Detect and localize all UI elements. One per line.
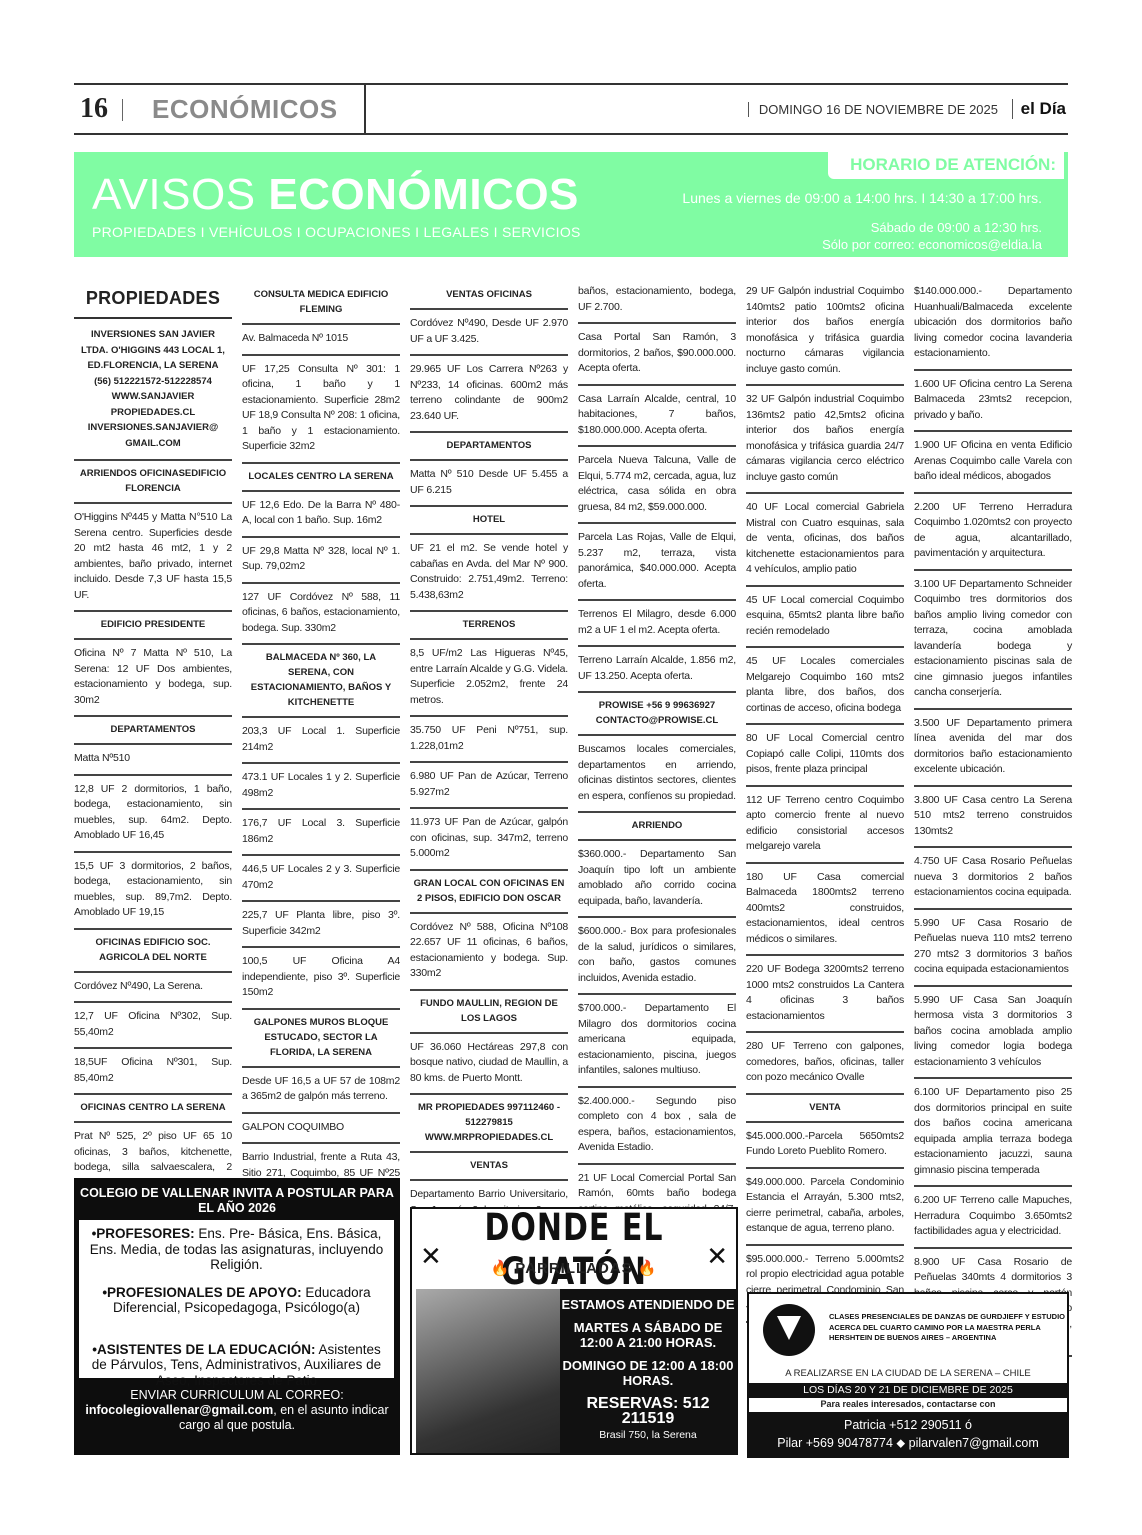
listing-item: UF 12,6 Edo. De la Barra Nº 480-A, local… (242, 492, 400, 538)
listing-item: $49.000.000. Parcela Condominio Estancia… (746, 1169, 904, 1246)
banner-categories: PROPIEDADES I VEHÍCULOS I OCUPACIONES I … (92, 224, 581, 240)
listing-item: 32 UF Galpón industrial Coquimbo 136mts2… (746, 386, 904, 494)
ad-heading: ARRIENDOS OFICINASEDIFICIO FLORENCIA (74, 461, 232, 504)
ad-cta: Para reales interesados, contactarse con (749, 1399, 1067, 1409)
contact-pilar: Pilar +569 90478774 ⬥ pilarvalen7@gmail.… (749, 1434, 1067, 1452)
column-5: 29 UF Galpón industrial Coquimbo 140mts2… (746, 282, 904, 1323)
listing-item: UF 29,8 Matta Nº 328, local Nº 1. Sup. 7… (242, 538, 400, 584)
column-6: $140.000.000.- Departamento Huanhuali/Ba… (914, 282, 1072, 1357)
position-label: •ASISTENTES DE LA EDUCACIÓN: (92, 1342, 315, 1357)
listing-item: 203,3 UF Local 1. Superficie 214m2 (242, 718, 400, 764)
ad-heading: TERRENOS (410, 612, 568, 640)
ad-heading: HOTEL (410, 507, 568, 535)
listing-item: Matta Nº510 (74, 745, 232, 776)
hours-panel: ESTAMOS ATENDIENDO DE MARTES A SÁBADO DE… (560, 1289, 736, 1455)
ad-heading: MR PROPIEDADES 997112460 - 512279815 WWW… (410, 1095, 568, 1153)
hours-weekday: MARTES A SÁBADO DE 12:00 A 21:00 HORAS. (560, 1320, 736, 1350)
listing-item: baños, estacionamiento, bodega, UF 2.700… (578, 282, 736, 324)
restaurant-name: DONDE EL GUATÓN (412, 1207, 736, 1294)
ad-dates: LOS DÍAS 20 Y 21 DE DICIEMBRE DE 2025 (749, 1383, 1067, 1398)
listing-item: 40 UF Local comercial Gabriela Mistral c… (746, 494, 904, 587)
listing-item: 18,5UF Oficina Nº301, Sup. 85,40m2 (74, 1049, 232, 1095)
restaurant-address: Brasil 750, la Serena (560, 1428, 736, 1443)
ad-heading: INVERSIONES SAN JAVIER LTDA. O'HIGGINS 4… (74, 319, 232, 461)
page-header: 16 ECONÓMICOS DOMINGO 16 DE NOVIEMBRE DE… (74, 83, 1068, 135)
email-contact: Sólo por correo: economicos@eldia.la (822, 237, 1042, 252)
listing-item: 112 UF Terreno centro Coquimbo apto come… (746, 787, 904, 864)
listing-item: 3.800 UF Casa centro La Serena 510 mts2 … (914, 787, 1072, 849)
hours-tab: HORARIO DE ATENCIÓN: (828, 152, 1064, 179)
listing-item: O'Higgins Nº445 y Matta N°510 La Serena … (74, 504, 232, 612)
ad-danzas-gurdjieff: CLASES PRESENCIALES DE DANZAS DE GURDJIE… (747, 1292, 1069, 1458)
section-title: ECONÓMICOS (152, 94, 338, 125)
listing-item: Matta Nº 510 Desde UF 5.455 a UF 6.215 (410, 461, 568, 507)
ad-heading: VENTA (746, 1095, 904, 1123)
listing-item: $600.000.- Box para profesionales de la … (578, 918, 736, 995)
listing-item: 6.100 UF Departamento piso 25 dos dormit… (914, 1079, 1072, 1187)
listing-item: 446,5 UF Locales 2 y 3. Superficie 470m2 (242, 856, 400, 902)
grilled-meat-photo (416, 1289, 560, 1455)
school-logo-icon (763, 1304, 815, 1356)
column-2: CONSULTA MEDICA EDIFICIO FLEMING Av. Bal… (242, 282, 400, 1295)
subtitle-text: PARRILLADAS (515, 1260, 632, 1277)
listing-item: 6.980 UF Pan de Azúcar, Terreno 5.927m2 (410, 763, 568, 809)
restaurant-subtitle: 🔥 PARRILLADAS 🔥 (412, 1259, 736, 1277)
listing-item: 1.900 UF Oficina en venta Edificio Arena… (914, 432, 1072, 494)
listing-item: Oficina Nº 7 Matta Nº 510, La Serena: 12… (74, 640, 232, 717)
ad-donde-el-guaton: ✕ DONDE EL GUATÓN ✕ 🔥 PARRILLADAS 🔥 ESTA… (410, 1207, 738, 1455)
listing-item: 5.990 UF Casa San Joaquín hermosa vista … (914, 987, 1072, 1080)
divider (364, 83, 366, 135)
position-label: •PROFESIONALES DE APOYO: (102, 1285, 301, 1300)
ad-heading: VENTAS OFICINAS (410, 282, 568, 310)
column-title: PROPIEDADES (74, 282, 232, 319)
listing-item: 29 UF Galpón industrial Coquimbo 140mts2… (746, 282, 904, 386)
position-profesores: •PROFESORES: Ens. Pre- Básica, Ens. Bási… (87, 1226, 386, 1273)
listing-item: Parcela Nueva Talcuna, Valle de Elqui, 5… (578, 447, 736, 524)
banner-title-bold: ECONÓMICOS (268, 170, 579, 219)
listing-item: Cordóvez Nº490, Desde UF 2.970 UF a UF 3… (410, 310, 568, 356)
listing-item: Cordóvez Nº490, La Serena. (74, 973, 232, 1004)
listing-item: 3.500 UF Departamento primera línea aven… (914, 710, 1072, 787)
ad-location: A REALIZARSE EN LA CIUDAD DE LA SERENA –… (749, 1368, 1067, 1379)
ad-heading: ARRIENDO (578, 813, 736, 841)
listing-item: 12,7 UF Oficina Nº302, Sup. 55,40m2 (74, 1003, 232, 1049)
ad-title: COLEGIO DE VALLENAR INVITA A POSTULAR PA… (74, 1178, 400, 1216)
listing-item: 280 UF Terreno con galpones, comedores, … (746, 1033, 904, 1095)
listing-item: Parcela Las Rojas, Valle de Elqui, 5.237… (578, 524, 736, 601)
listing-item: 100,5 UF Oficina A4 independiente, piso … (242, 948, 400, 1010)
ad-heading: OFICINAS EDIFICIO SOC. AGRICOLA DEL NORT… (74, 930, 232, 973)
position-asistentes: •ASISTENTES DE LA EDUCACIÓN: Asistentes … (87, 1342, 386, 1389)
listing-item: UF 36.060 Hectáreas 297,8 con bosque nat… (410, 1034, 568, 1096)
listing-item: Terrenos El Milagro, desde 6.000 m2 a UF… (578, 601, 736, 647)
listing-item: 12,8 UF 2 dormitorios, 1 baño, bodega, e… (74, 776, 232, 853)
ad-heading: DEPARTAMENTOS (74, 717, 232, 745)
listing-item: 4.750 UF Casa Rosario Peñuelas nueva 3 d… (914, 848, 1072, 910)
ad-heading: GRAN LOCAL CON OFICINAS EN 2 PISOS, EDIF… (410, 871, 568, 914)
ad-instruction: ENVIAR CURRICULUM AL CORREO: (74, 1388, 400, 1403)
listing-item: 15,5 UF 3 dormitorios, 2 baños, bodega, … (74, 853, 232, 930)
hours-saturday: Sábado de 09:00 a 12:30 hrs. (871, 220, 1042, 235)
ad-heading: PROWISE +56 9 99636927 CONTACTO@PROWISE.… (578, 693, 736, 736)
position-label: •PROFESORES: (92, 1226, 195, 1241)
listing-item: 45 UF Local comercial Coquimbo esquina, … (746, 587, 904, 649)
divider (122, 99, 123, 121)
ad-heading: EDIFICIO PRESIDENTE (74, 612, 232, 640)
hours-intro: ESTAMOS ATENDIENDO DE (560, 1297, 736, 1312)
listing-item: Av. Balmaceda Nº 1015 (242, 325, 400, 356)
column-3: VENTAS OFICINAS Cordóvez Nº490, Desde UF… (410, 282, 568, 1225)
ad-description: CLASES PRESENCIALES DE DANZAS DE GURDJIE… (829, 1312, 1067, 1344)
ad-heading: BALMACEDA Nº 360, LA SERENA, CON ESTACIO… (242, 645, 400, 718)
ad-email: infocolegiovallenar@gmail.com (85, 1403, 273, 1417)
hours-weekday: Lunes a viernes de 09:00 a 14:00 hrs. I … (682, 190, 1042, 206)
ad-heading: FUNDO MAULLIN, REGION DE LOS LAGOS (410, 991, 568, 1034)
ad-footer: ENVIAR CURRICULUM AL CORREO: infocolegio… (74, 1388, 400, 1433)
hours-sunday: DOMINGO DE 12:00 A 18:00 HORAS. (560, 1358, 736, 1388)
listing-item: UF 17,25 Consulta Nº 301: 1 oficina, 1 b… (242, 356, 400, 464)
listing-item: 220 UF Bodega 3200mts2 terreno 1000 mts2… (746, 956, 904, 1033)
listing-item: 3.100 UF Departamento Schneider Coquimbo… (914, 571, 1072, 710)
listing-item: 1.600 UF Oficina centro La Serena Balmac… (914, 371, 1072, 433)
listing-item: 6.200 UF Terreno calle Mapuches, Herradu… (914, 1187, 1072, 1249)
listing-item: $140.000.000.- Departamento Huanhuali/Ba… (914, 282, 1072, 371)
ad-colegio-vallenar: COLEGIO DE VALLENAR INVITA A POSTULAR PA… (74, 1178, 400, 1455)
listing-item: Casa Portal San Ramón, 3 dormitorios, 2 … (578, 324, 736, 386)
banner-title-light: AVISOS (92, 170, 268, 219)
listing-item: 2.200 UF Terreno Herradura Coquimbo 1.02… (914, 494, 1072, 571)
ad-contacts: Patricia +512 290511 ó Pilar +569 904787… (749, 1412, 1067, 1458)
listing-item: 180 UF Casa comercial Balmaceda 1800mts2… (746, 864, 904, 957)
column-4: baños, estacionamiento, bodega, UF 2.700… (578, 282, 736, 1242)
ad-positions-box: •PROFESORES: Ens. Pre- Básica, Ens. Bási… (79, 1220, 394, 1378)
publication-date: DOMINGO 16 DE NOVIEMBRE DE 2025 (748, 102, 998, 117)
listing-item: Casa Larraín Alcalde, central, 10 habita… (578, 386, 736, 448)
listing-item: $700.000.- Departamento El Milagro dos d… (578, 995, 736, 1088)
listing-item: Cordóvez Nº 588, Oficina Nº108 22.657 UF… (410, 914, 568, 991)
listing-item: Buscamos locales comerciales, departamen… (578, 736, 736, 813)
ad-heading: VENTAS (410, 1153, 568, 1181)
listing-item: GALPON COQUIMBO (242, 1114, 400, 1145)
listing-item: Desde UF 16,5 a UF 57 de 108m2 a 365m2 d… (242, 1068, 400, 1114)
listing-item: 176,7 UF Local 3. Superficie 186m2 (242, 810, 400, 856)
flame-icon: 🔥 (638, 1260, 658, 1277)
ad-heading: GALPONES MUROS BLOQUE ESTUCADO, SECTOR L… (242, 1010, 400, 1068)
reservations-phone: RESERVAS: 512 211519 (560, 1396, 736, 1426)
brand-logo: el Día (1012, 99, 1066, 119)
ad-heading: DEPARTAMENTOS (410, 433, 568, 461)
banner-title: AVISOS ECONÓMICOS (92, 170, 579, 220)
listing-item: 29.965 UF Los Carrera Nº263 y Nº233, 14 … (410, 356, 568, 433)
ad-heading: OFICINAS CENTRO LA SERENA (74, 1095, 232, 1123)
listing-item: $2.400.000.- Segundo piso completo con 4… (578, 1088, 736, 1165)
contact-patricia: Patricia +512 290511 ó (749, 1416, 1067, 1434)
listing-item: 225,7 UF Planta libre, piso 3º. Superfic… (242, 902, 400, 948)
flame-icon: 🔥 (490, 1260, 510, 1277)
listing-item: UF 21 el m2. Se vende hotel y cabañas en… (410, 535, 568, 612)
hours-title: HORARIO DE ATENCIÓN: (850, 155, 1056, 175)
listing-item: 11.973 UF Pan de Azúcar, galpón con ofic… (410, 809, 568, 871)
listing-item: 35.750 UF Peni Nº751, sup. 1.228,01m2 (410, 717, 568, 763)
page-number: 16 (80, 93, 108, 125)
ad-heading: LOCALES CENTRO LA SERENA (242, 464, 400, 492)
classifieds-banner: AVISOS ECONÓMICOS PROPIEDADES I VEHÍCULO… (74, 152, 1068, 257)
listing-item: $45.000.000.-Parcela 5650mts2 Fundo Lore… (746, 1123, 904, 1169)
listing-item: $360.000.- Departamento San Joaquín tipo… (578, 841, 736, 918)
listing-item: 8,5 UF/m2 Las Higueras Nº45, entre Larra… (410, 640, 568, 717)
listing-item: 45 UF Locales comerciales Melgarejo Coqu… (746, 648, 904, 725)
listing-item: 80 UF Local Comercial centro Copiapó cal… (746, 725, 904, 787)
listing-item: 473.1 UF Locales 1 y 2. Superficie 498m2 (242, 764, 400, 810)
listing-item: 127 UF Cordóvez Nº 588, 11 oficinas, 6 b… (242, 584, 400, 646)
column-1: PROPIEDADES INVERSIONES SAN JAVIER LTDA.… (74, 282, 232, 1200)
position-apoyo: •PROFESIONALES DE APOYO: Educadora Difer… (87, 1285, 386, 1316)
listing-item: 5.990 UF Casa Rosario de Peñuelas nueva … (914, 910, 1072, 987)
ad-heading: CONSULTA MEDICA EDIFICIO FLEMING (242, 282, 400, 325)
listing-item: Terreno Larraín Alcalde, 1.856 m2, UF 13… (578, 647, 736, 693)
